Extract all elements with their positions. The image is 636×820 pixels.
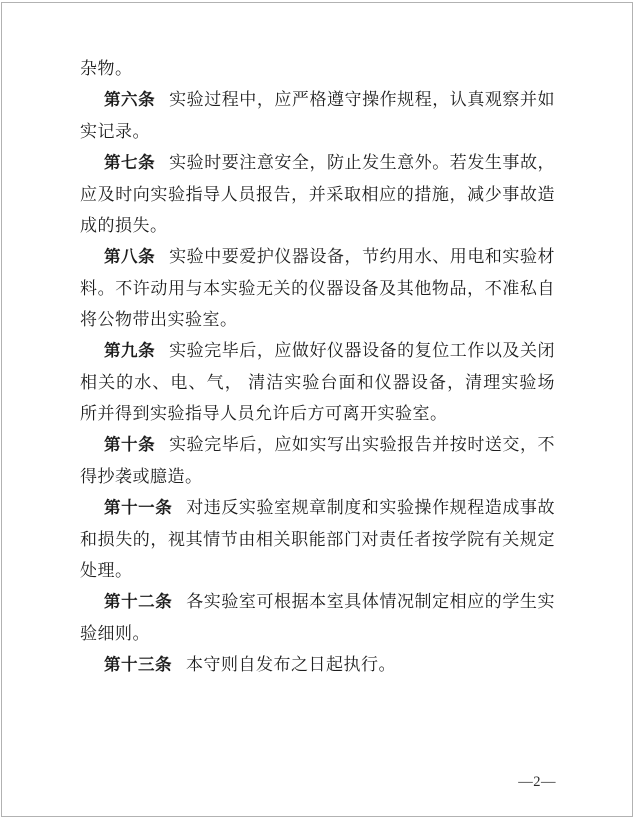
document-text: 杂物。第六条实验过程中，应严格遵守操作规程，认真观察并如实记录。第七条实验时要注… <box>80 53 555 681</box>
article-number: 第十二条 <box>104 593 172 611</box>
article-number: 第十一条 <box>104 499 172 517</box>
article-paragraph-4: 第九条实验完毕后，应做好仪器设备的复位工作以及关闭相关的水、电、气， 清洁实验台… <box>80 335 555 429</box>
article-number: 第七条 <box>104 154 155 172</box>
article-paragraph-8: 第十三条本守则自发布之日起执行。 <box>80 649 555 681</box>
article-paragraph-3: 第八条实验中要爱护仪器设备，节约用水、用电和实验材料。不许动用与本实验无关的仪器… <box>80 241 555 335</box>
article-number: 第十条 <box>104 436 155 454</box>
article-paragraph-2: 第七条实验时要注意安全，防止发生意外。若发生事故，应及时向实验指导人员报告，并采… <box>80 147 555 241</box>
article-number: 第六条 <box>104 91 155 109</box>
article-number: 第八条 <box>104 248 155 266</box>
article-paragraph-6: 第十一条对违反实验室规章制度和实验操作规程造成事故和损失的，视其情节由相关职能部… <box>80 492 555 586</box>
article-paragraph-5: 第十条实验完毕后，应如实写出实验报告并按时送交，不得抄袭或臆造。 <box>80 429 555 492</box>
article-text: 本守则自发布之日起执行。 <box>186 655 396 674</box>
page-number: —2— <box>518 774 556 791</box>
article-number: 第九条 <box>104 342 155 360</box>
article-paragraph-1: 第六条实验过程中，应严格遵守操作规程，认真观察并如实记录。 <box>80 84 555 147</box>
continuation-paragraph: 杂物。 <box>80 53 555 84</box>
document-page: 杂物。第六条实验过程中，应严格遵守操作规程，认真观察并如实记录。第七条实验时要注… <box>1 2 633 817</box>
article-number: 第十三条 <box>104 656 172 674</box>
article-paragraph-7: 第十二条各实验室可根据本室具体情况制定相应的学生实验细则。 <box>80 586 555 649</box>
